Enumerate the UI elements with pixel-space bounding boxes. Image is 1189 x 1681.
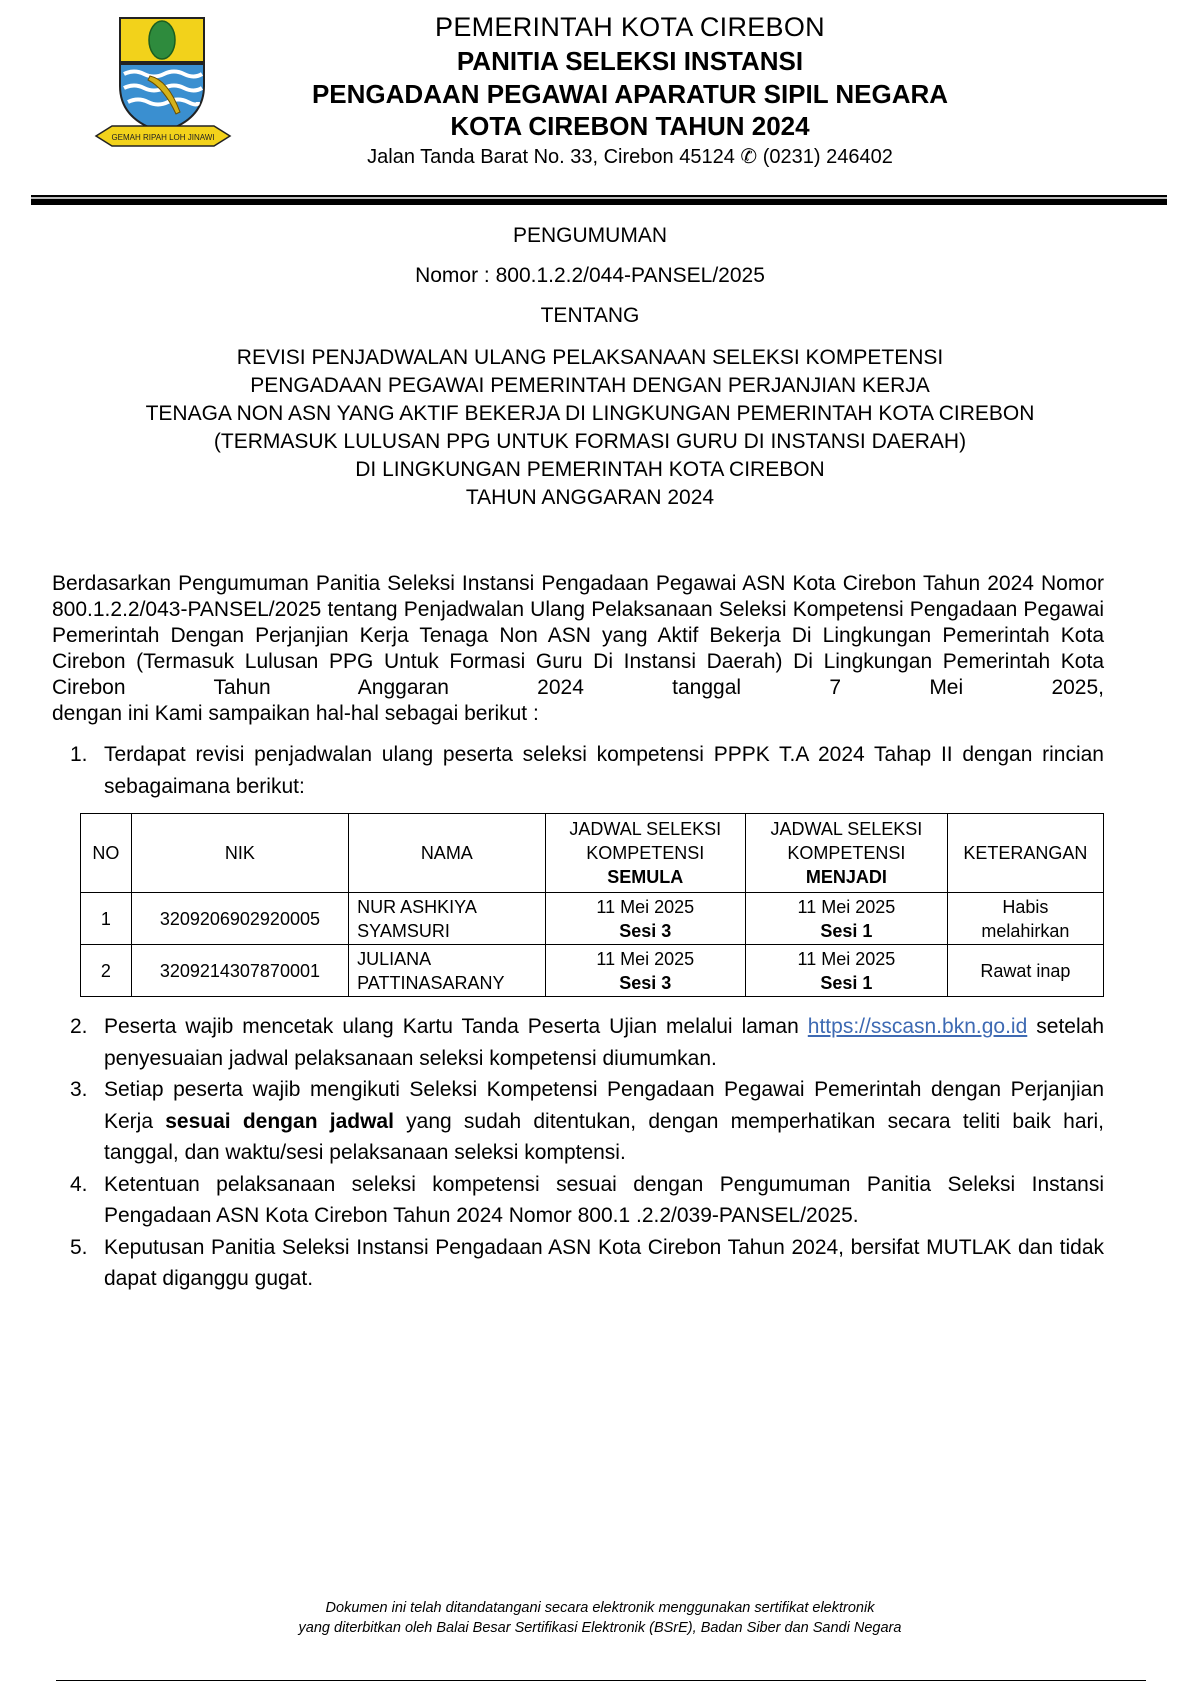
cell-menjadi: 11 Mei 2025 Sesi 1: [746, 945, 948, 997]
item-number: 5.: [70, 1232, 104, 1295]
cell-nama: NUR ASHKIYA SYAMSURI: [349, 893, 545, 945]
item-number: 2.: [70, 1011, 104, 1074]
intro-paragraph: Berdasarkan Pengumuman Panitia Seleksi I…: [52, 571, 1104, 727]
nama-line1: NUR ASHKIYA: [357, 895, 540, 919]
e-signature-line1: Dokumen ini telah ditandatangani secara …: [200, 1598, 1000, 1618]
item-4: 4. Ketentuan pelaksanaan seleksi kompete…: [70, 1169, 1104, 1232]
title-line: DI LINGKUNGAN PEMERINTAH KOTA CIREBON: [40, 456, 1140, 484]
item-text: Setiap peserta wajib mengikuti Seleksi K…: [104, 1074, 1104, 1169]
item-2: 2. Peserta wajib mencetak ulang Kartu Ta…: [70, 1011, 1104, 1074]
item-number: 4.: [70, 1169, 104, 1232]
cell-nik: 3209214307870001: [131, 945, 348, 997]
item-text: Terdapat revisi penjadwalan ulang pesert…: [104, 739, 1104, 802]
item-number: 3.: [70, 1074, 104, 1169]
title-line: (TERMASUK LULUSAN PPG UNTUK FORMASI GURU…: [40, 428, 1140, 456]
header-nik: NIK: [131, 814, 348, 893]
letterhead-divider-thick: [31, 199, 1167, 205]
intro-closing: dengan ini Kami sampaikan hal-hal sebaga…: [52, 701, 1104, 727]
header-menjadi: JADWAL SELEKSI KOMPETENSI MENJADI: [746, 814, 948, 893]
menjadi-date: 11 Mei 2025: [750, 895, 943, 919]
sscasn-link[interactable]: https://sscasn.bkn.go.id: [808, 1015, 1027, 1038]
announcement-number: Nomor : 800.1.2.2/044-PANSEL/2025: [40, 264, 1140, 288]
title-line: TAHUN ANGGARAN 2024: [40, 484, 1140, 512]
item-5: 5. Keputusan Panitia Seleksi Instansi Pe…: [70, 1232, 1104, 1295]
header-semula-line3: SEMULA: [550, 865, 742, 889]
nama-line1: JULIANA: [357, 947, 540, 971]
e-signature-note: Dokumen ini telah ditandatangani secara …: [200, 1598, 1000, 1638]
announcement-about: TENTANG: [40, 304, 1140, 328]
announcement-title: REVISI PENJADWALAN ULANG PELAKSANAAN SEL…: [40, 344, 1140, 512]
letterhead-address-line: Jalan Tanda Barat No. 33, Cirebon 45124 …: [240, 144, 1020, 169]
table-row: 1 3209206902920005 NUR ASHKIYA SYAMSURI …: [81, 893, 1104, 945]
title-line: PENGADAAN PEGAWAI PEMERINTAH DENGAN PERJ…: [40, 372, 1140, 400]
table-header-row: NO NIK NAMA JADWAL SELEKSI KOMPETENSI SE…: [81, 814, 1104, 893]
item-text: Keputusan Panitia Seleksi Instansi Penga…: [104, 1232, 1104, 1295]
header-semula-line1: JADWAL SELEKSI: [550, 817, 742, 841]
cell-no: 1: [81, 893, 132, 945]
header-semula: JADWAL SELEKSI KOMPETENSI SEMULA: [545, 814, 746, 893]
item-1: 1. Terdapat revisi penjadwalan ulang pes…: [70, 739, 1104, 802]
header-menjadi-line3: MENJADI: [750, 865, 943, 889]
nama-line2: PATTINASARANY: [357, 971, 540, 995]
cell-keterangan: Rawat inap: [947, 945, 1103, 997]
item-text: Ketentuan pelaksanaan seleksi kompetensi…: [104, 1169, 1104, 1232]
semula-date: 11 Mei 2025: [550, 895, 742, 919]
semula-session: Sesi 3: [550, 919, 742, 943]
cell-no: 2: [81, 945, 132, 997]
item-text: Peserta wajib mencetak ulang Kartu Tanda…: [104, 1011, 1104, 1074]
keterangan-line1: Habis: [952, 895, 1099, 919]
e-signature-line2: yang diterbitkan oleh Balai Besar Sertif…: [200, 1618, 1000, 1638]
header-keterangan: KETERANGAN: [947, 814, 1103, 893]
item-text-pre: Peserta wajib mencetak ulang Kartu Tanda…: [104, 1015, 808, 1038]
cell-menjadi: 11 Mei 2025 Sesi 1: [746, 893, 948, 945]
items-2-to-5: 2. Peserta wajib mencetak ulang Kartu Ta…: [70, 1011, 1104, 1295]
semula-session: Sesi 3: [550, 971, 742, 995]
phone-number: (0231) 246402: [763, 146, 893, 168]
cell-keterangan: Habis melahirkan: [947, 893, 1103, 945]
header-menjadi-line2: KOMPETENSI: [750, 841, 943, 865]
intro-text: Berdasarkan Pengumuman Panitia Seleksi I…: [52, 571, 1104, 701]
semula-date: 11 Mei 2025: [550, 947, 742, 971]
cell-nik: 3209206902920005: [131, 893, 348, 945]
letterhead-city-year: KOTA CIREBON TAHUN 2024: [240, 111, 1020, 142]
cell-semula: 11 Mei 2025 Sesi 3: [545, 893, 746, 945]
schedule-revision-table: NO NIK NAMA JADWAL SELEKSI KOMPETENSI SE…: [80, 813, 1104, 997]
header-menjadi-line1: JADWAL SELEKSI: [750, 817, 943, 841]
header-no: NO: [81, 814, 132, 893]
phone-icon: ✆: [740, 146, 757, 168]
table-row: 2 3209214307870001 JULIANA PATTINASARANY…: [81, 945, 1104, 997]
menjadi-session: Sesi 1: [750, 919, 943, 943]
address: Jalan Tanda Barat No. 33, Cirebon 45124: [367, 146, 735, 168]
menjadi-session: Sesi 1: [750, 971, 943, 995]
menjadi-date: 11 Mei 2025: [750, 947, 943, 971]
letterhead-procurement: PENGADAAN PEGAWAI APARATUR SIPIL NEGARA: [240, 79, 1020, 110]
title-line: REVISI PENJADWALAN ULANG PELAKSANAAN SEL…: [40, 344, 1140, 372]
item-number: 1.: [70, 739, 104, 802]
title-line: TENAGA NON ASN YANG AKTIF BEKERJA DI LIN…: [40, 400, 1140, 428]
kota-cirebon-logo: GEMAH RIPAH LOH JINAWI: [92, 8, 234, 148]
header-semula-line2: KOMPETENSI: [550, 841, 742, 865]
announcement-heading: PENGUMUMAN: [40, 224, 1140, 248]
letterhead-committee: PANITIA SELEKSI INSTANSI: [240, 46, 1020, 77]
item-3: 3. Setiap peserta wajib mengikuti Seleks…: [70, 1074, 1104, 1169]
letterhead-government: PEMERINTAH KOTA CIREBON: [240, 12, 1020, 43]
item-text-emphasis: sesuai dengan jadwal: [165, 1110, 394, 1133]
cell-nama: JULIANA PATTINASARANY: [349, 945, 545, 997]
coat-of-arms-icon: GEMAH RIPAH LOH JINAWI: [92, 8, 234, 148]
svg-text:GEMAH RIPAH LOH JINAWI: GEMAH RIPAH LOH JINAWI: [111, 133, 214, 142]
cell-semula: 11 Mei 2025 Sesi 3: [545, 945, 746, 997]
nama-line2: SYAMSURI: [357, 919, 540, 943]
header-nama: NAMA: [349, 814, 545, 893]
keterangan-line2: melahirkan: [952, 919, 1099, 943]
